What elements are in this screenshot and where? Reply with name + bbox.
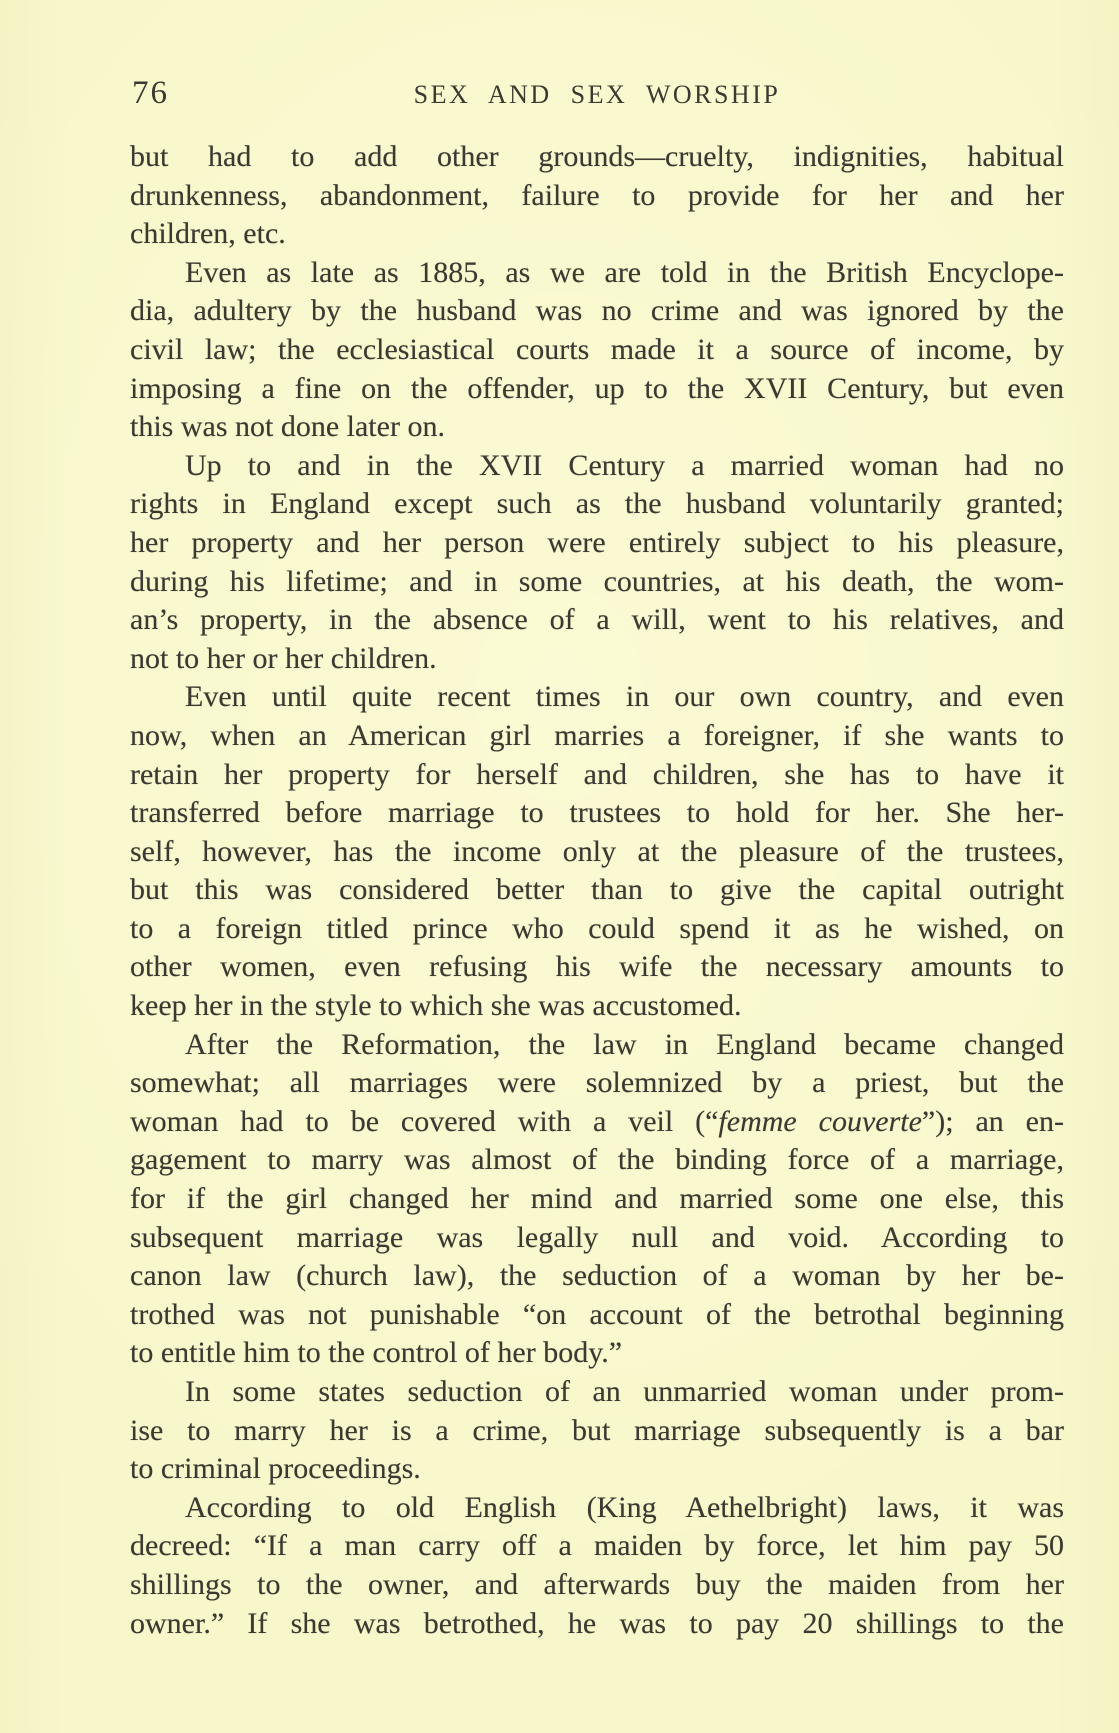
text-line: this was not done later on. [130,408,1064,447]
paragraph: According to old English (King Aethelbri… [130,1489,1064,1643]
text-line: In some states seduction of an unmarried… [130,1373,1064,1412]
text-line: for if the girl changed her mind and mar… [130,1180,1064,1219]
paragraph: Even until quite recent times in our own… [130,678,1064,1025]
running-title: SEX AND SEX WORSHIP [130,81,1064,109]
paragraph: In some states seduction of an unmarried… [130,1373,1064,1489]
paragraph: After the Reformation, the law in Englan… [130,1026,1064,1373]
text-line: decreed: “If a man carry off a maiden by… [130,1527,1064,1566]
text-line: woman had to be covered with a veil (“fe… [130,1103,1064,1142]
text-line: imposing a fine on the offender, up to t… [130,370,1064,409]
text-line: Even as late as 1885, as we are told in … [130,254,1064,293]
text-line: rights in England except such as the hus… [130,485,1064,524]
text-line: trothed was not punishable “on account o… [130,1296,1064,1335]
book-page: 76 SEX AND SEX WORSHIP but had to add ot… [0,0,1119,1733]
text-line: children, etc. [130,215,1064,254]
text-line: self, however, has the income only at th… [130,833,1064,872]
text-line: subsequent marriage was legally null and… [130,1219,1064,1258]
text-line: to entitle him to the control of her bod… [130,1334,1064,1373]
text-line: canon law (church law), the seduction of… [130,1257,1064,1296]
text-line: to criminal proceedings. [130,1450,1064,1489]
text-line: transferred before marriage to trustees … [130,794,1064,833]
text-line: After the Reformation, the law in Englan… [130,1026,1064,1065]
text-line: retain her property for herself and chil… [130,756,1064,795]
page-header: 76 SEX AND SEX WORSHIP [130,77,1064,113]
paragraph: Up to and in the XVII Century a married … [130,447,1064,679]
text-line: civil law; the ecclesiastical courts mad… [130,331,1064,370]
text-line: drunkenness, abandonment, failure to pro… [130,177,1064,216]
paragraph: Even as late as 1885, as we are told in … [130,254,1064,447]
text-line: Up to and in the XVII Century a married … [130,447,1064,486]
text-line: but had to add other grounds—cruelty, in… [130,138,1064,177]
text-line: keep her in the style to which she was a… [130,987,1064,1026]
text-line: an’s property, in the absence of a will,… [130,601,1064,640]
page-body: but had to add other grounds—cruelty, in… [130,138,1064,1643]
text-line: owner.” If she was betrothed, he was to … [130,1605,1064,1644]
text-line: Even until quite recent times in our own… [130,678,1064,717]
text-line: not to her or her children. [130,640,1064,679]
text-line: now, when an American girl marries a for… [130,717,1064,756]
text-line: dia, adultery by the husband was no crim… [130,292,1064,331]
text-line: other women, even refusing his wife the … [130,948,1064,987]
italic-phrase: femme couverte [718,1105,921,1138]
text-line: but this was considered better than to g… [130,871,1064,910]
text-line: ise to marry her is a crime, but marriag… [130,1412,1064,1451]
text-line: According to old English (King Aethelbri… [130,1489,1064,1528]
text-line: her property and her person were entirel… [130,524,1064,563]
text-line: to a foreign titled prince who could spe… [130,910,1064,949]
text-line: shillings to the owner, and afterwards b… [130,1566,1064,1605]
text-line: somewhat; all marriages were solemnized … [130,1064,1064,1103]
text-line: during his lifetime; and in some countri… [130,563,1064,602]
text-line: gagement to marry was almost of the bind… [130,1141,1064,1180]
paragraph: but had to add other grounds—cruelty, in… [130,138,1064,254]
